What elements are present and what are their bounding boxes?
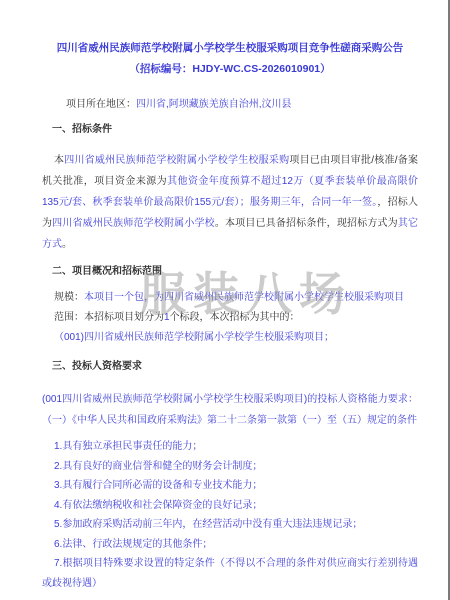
- section2: 二、项目概况和招标范围 规模：本项目一个包，为四川省威州民族师范学校附属小学校学…: [42, 261, 418, 348]
- qualification-item-1: 1.具有独立承担民事责任的能力；: [42, 437, 418, 457]
- announcement-title: 四川省威州民族师范学校附属小学校学生校服采购项目竞争性磋商采购公告: [42, 38, 418, 59]
- project-location-line: 项目所在地区：四川省,阿坝藏族羌族自治州,汶川县: [42, 94, 418, 115]
- section2-heading: 二、项目概况和招标范围: [42, 261, 418, 283]
- tender-conditions-paragraph: 本四川省威州民族师范学校附属小学校学生校服采购项目已由项目审批/核准/备案机关批…: [42, 150, 418, 255]
- para1-seg9: 。: [62, 239, 72, 250]
- qualification-items: 1.具有独立承担民事责任的能力； 2.具有良好的商业信誉和健全的财务会计制度； …: [42, 437, 418, 593]
- location-label: 项目所在地区：: [66, 99, 136, 110]
- section1-heading: 一、招标条件: [42, 119, 418, 141]
- para1-seg1: 本: [54, 155, 64, 166]
- location-value: 四川省,阿坝藏族羌族自治州,汶川县: [136, 99, 292, 110]
- scope-seg3: 个标段，本次招标为其中的：: [170, 312, 300, 323]
- qualification-item-6: 6.法律、行政法规规定的其他条件；: [42, 535, 418, 555]
- section3-heading: 三、投标人资格要求: [42, 356, 418, 378]
- scope-seg1: 范围：本招标项目划分为: [54, 312, 164, 323]
- qualification-item-7: 7.根据项目特殊要求设置的特定条件（不得以不合理的条件对供应商实行差别待遇或歧视…: [42, 554, 418, 593]
- bidder-qualification-intro: (001四川省威州民族师范学校附属小学校学生校服采购项目)的投标人资格能力要求：…: [42, 390, 418, 431]
- qualification-item-5: 5.参加政府采购活动前三年内，在经营活动中没有重大违法违规记录；: [42, 515, 418, 535]
- para1-seg7: 。本项目已具备招标条件，现招标方式为: [215, 218, 398, 229]
- para1-tenderee-name: 四川省威州民族师范学校附属小学校: [52, 218, 215, 229]
- scale-value: 本项目一个包，为四川省威州民族师范学校附属小学校学生校服采购项目: [84, 292, 404, 303]
- lot-line: （001)四川省威州民族师范学校附属小学校学生校服采购项目；: [42, 328, 418, 348]
- scale-label: 规模：: [54, 292, 84, 303]
- para1-project-name: 四川省威州民族师范学校附属小学校学生校服采购: [64, 155, 289, 166]
- scope-line: 范围：本招标项目划分为1个标段，本次招标为其中的：: [42, 308, 418, 328]
- tender-number: （招标编号：HJDY-WC.CS-2026010901）: [42, 59, 418, 80]
- qualification-item-3: 3.具有履行合同所必需的设备和专业技术能力；: [42, 476, 418, 496]
- scale-line: 规模：本项目一个包，为四川省威州民族师范学校附属小学校学生校服采购项目: [42, 288, 418, 308]
- document-page: 服装八场 四川省威州民族师范学校附属小学校学生校服采购项目竞争性磋商采购公告 （…: [0, 0, 450, 600]
- qualification-item-2: 2.具有良好的商业信誉和健全的财务会计制度；: [42, 457, 418, 477]
- qualification-item-4: 4.有依法缴纳税收和社会保障资金的良好记录；: [42, 496, 418, 516]
